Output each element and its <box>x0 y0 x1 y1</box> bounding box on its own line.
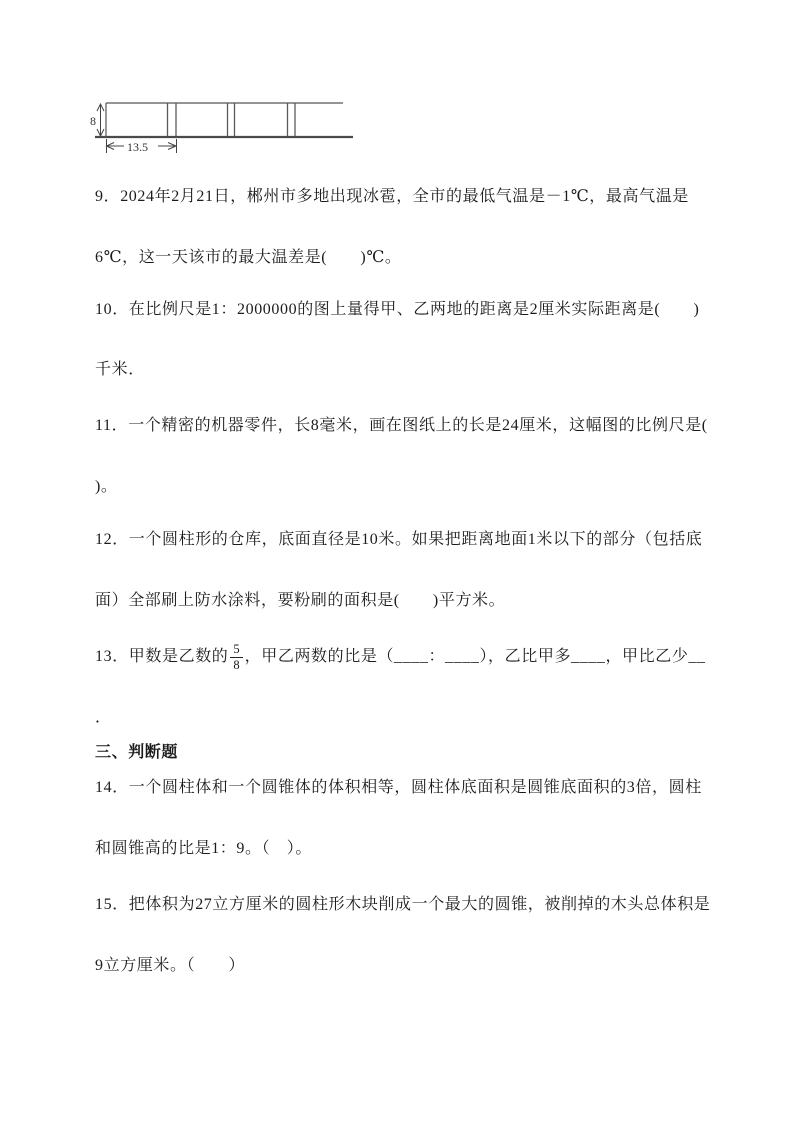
question-13-line-2: ． <box>95 707 112 729</box>
question-10-line-1: 10．在比例尺是1：2000000的图上量得甲、乙两地的距离是2厘米实际距离是(… <box>95 299 699 321</box>
question-11-line-2: )。 <box>95 476 118 498</box>
question-9-line-2: 6℃，这一天该市的最大温差是( )℃。 <box>95 247 401 269</box>
question-12-line-2: 面）全部刷上防水涂料，要粉刷的面积是( )平方米。 <box>95 590 505 612</box>
question-12-line-1: 12．一个圆柱形的仓库，底面直径是10米。如果把距离地面1米以下的部分（包括底 <box>95 529 702 551</box>
figure-height-label: 8 <box>90 114 96 128</box>
question-9-line-1: 9．2024年2月21日，郴州市多地出现冰雹，全市的最低气温是－1℃，最高气温是 <box>95 186 689 208</box>
question-15-line-2: 9立方厘米。（ ） <box>95 955 245 977</box>
question-14-line-2: 和圆锥高的比是1：9。（ ）。 <box>95 838 312 860</box>
section-heading-judgement: 三、判断题 <box>95 742 178 764</box>
figure-width-label: 13.5 <box>127 140 148 154</box>
strip-diagram: 8 13.5 <box>88 95 360 160</box>
question-13-prefix: 13．甲数是乙数的 <box>95 646 228 668</box>
worksheet-page: 8 13.5 9．2024年2月21日，郴州市多地出现冰雹，全市的最低气温是－1… <box>0 0 793 1122</box>
question-11-line-1: 11．一个精密的机器零件，长8毫米，画在图纸上的长是24厘米，这幅图的比例尺是( <box>95 415 708 437</box>
question-14-line-1: 14．一个圆柱体和一个圆锥体的体积相等，圆柱体底面积是圆锥底面积的3倍，圆柱 <box>95 777 702 799</box>
fraction-denominator: 8 <box>233 658 239 672</box>
question-15-line-1: 15．把体积为27立方厘米的圆柱形木块削成一个最大的圆锥，被削掉的木头总体积是 <box>95 894 710 916</box>
question-13-suffix: ，甲乙两数的比是（____：____），乙比甲多____，甲比乙少__ <box>245 646 706 668</box>
question-10-line-2: 千米． <box>95 359 145 381</box>
fraction-numerator: 5 <box>230 642 242 657</box>
fraction-5-8: 5 8 <box>230 642 242 672</box>
question-13-line-1: 13．甲数是乙数的 5 8 ，甲乙两数的比是（____：____），乙比甲多__… <box>95 637 706 677</box>
